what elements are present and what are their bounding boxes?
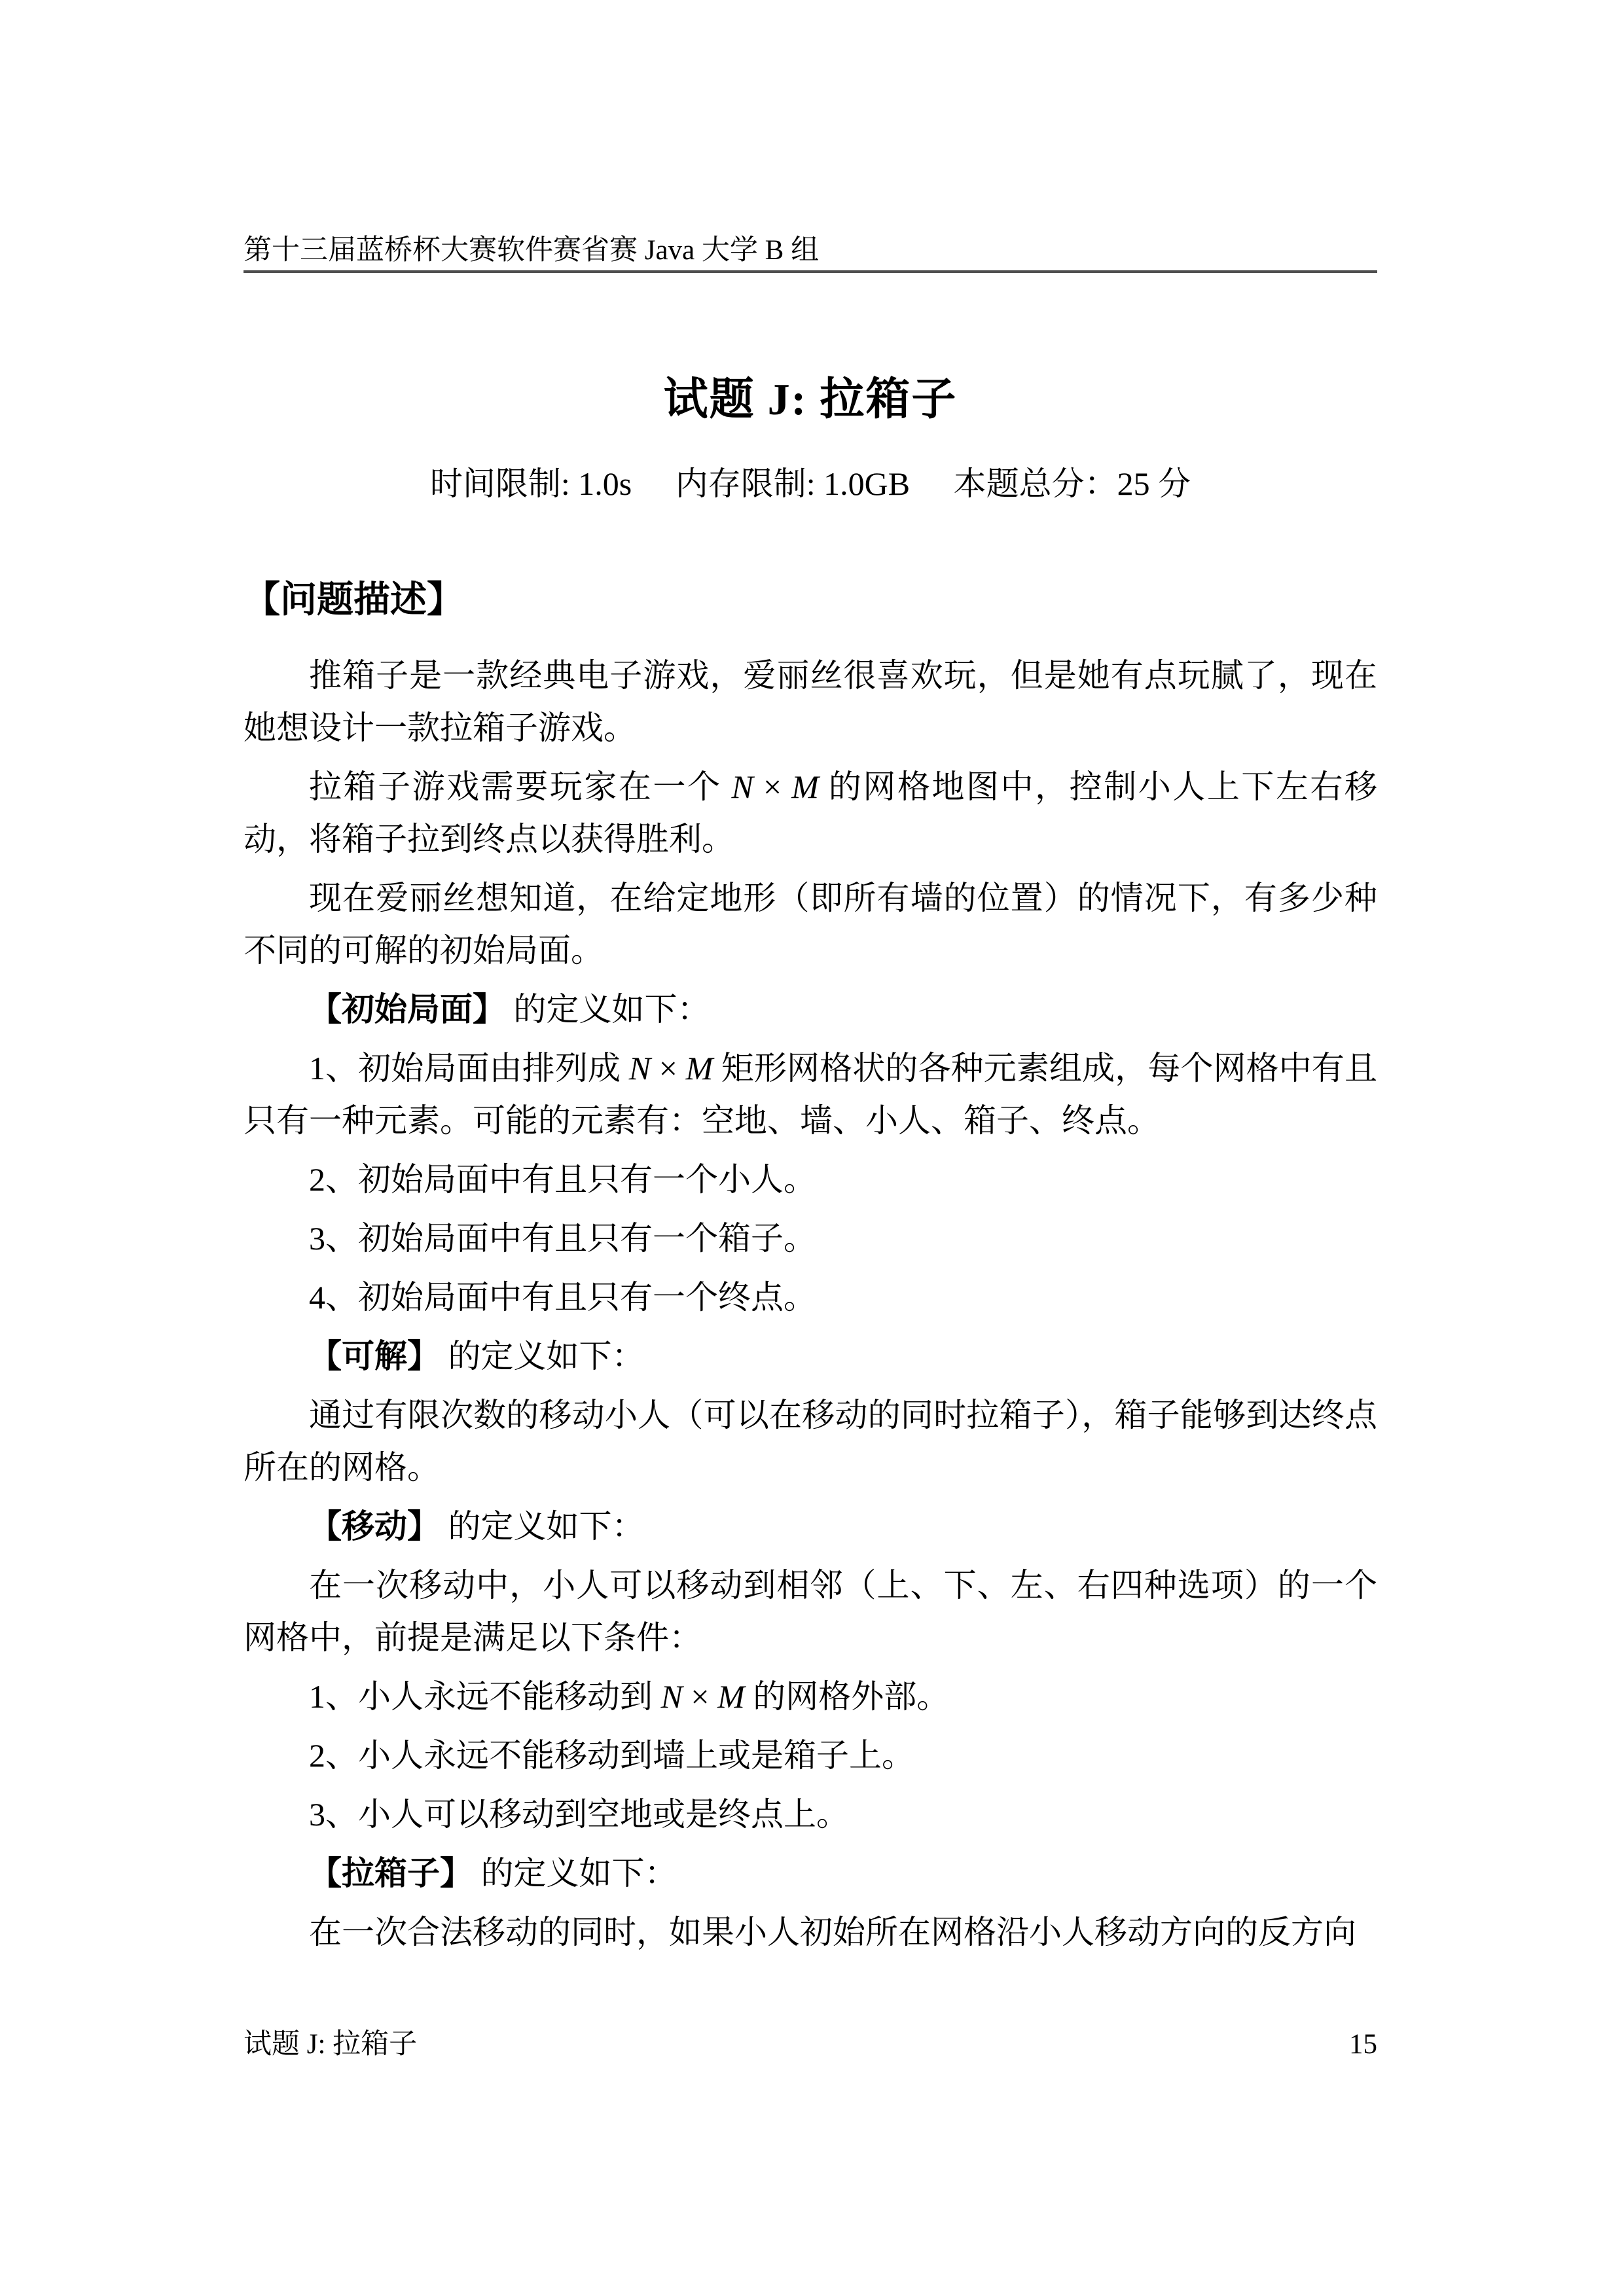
footer-title: 试题 J: 拉箱子 <box>244 2030 417 2058</box>
page-header: 第十三届蓝桥杯大赛软件赛省赛 Java 大学 B 组 <box>244 236 1377 273</box>
text-run: 现在爱丽丝想知道，在给定地形（即所有墙的位置）的情况下，有多少种不同的可解的初始… <box>244 880 1377 969</box>
time-limit: 时间限制: 1.0s <box>430 465 632 502</box>
math-variable: N <box>661 1678 683 1715</box>
text-run: 的定义如下： <box>440 1508 645 1545</box>
inline-definition-heading: 【可解】 <box>309 1338 440 1374</box>
section-heading-problem-description: 【问题描述】 <box>244 581 463 618</box>
paragraph: 在一次移动中，小人可以移动到相邻（上、下、左、右四种选项）的一个网格中，前提是满… <box>244 1559 1377 1664</box>
list-item: 1、小人永远不能移动到 N × M 的网格外部。 <box>244 1670 1377 1723</box>
paragraph: 在一次合法移动的同时，如果小人初始所在网格沿小人移动方向的反方向 <box>244 1906 1377 1958</box>
definition-heading-paragraph: 【可解】 的定义如下： <box>244 1330 1377 1382</box>
math-variable: M <box>717 1678 745 1715</box>
text-run: 3、初始局面中有且只有一个箱子。 <box>309 1220 816 1257</box>
text-run: × <box>651 1050 685 1086</box>
inline-definition-heading: 【移动】 <box>309 1508 440 1545</box>
definition-heading-paragraph: 【初始局面】 的定义如下： <box>244 983 1377 1035</box>
problem-body: 推箱子是一款经典电子游戏，爱丽丝很喜欢玩，但是她有点玩腻了，现在她想设计一款拉箱… <box>244 649 1377 1965</box>
text-run: 在一次移动中，小人可以移动到相邻（上、下、左、右四种选项）的一个网格中，前提是满… <box>244 1567 1377 1656</box>
limits-line: 时间限制: 1.0s 内存限制: 1.0GB 本题总分：25 分 <box>244 467 1377 500</box>
list-item: 1、初始局面由排列成 N × M 矩形网格状的各种元素组成，每个网格中有且只有一… <box>244 1042 1377 1147</box>
inline-definition-heading: 【初始局面】 <box>309 991 505 1028</box>
paragraph: 现在爱丽丝想知道，在给定地形（即所有墙的位置）的情况下，有多少种不同的可解的初始… <box>244 872 1377 977</box>
page-footer: 试题 J: 拉箱子 15 <box>244 2030 1377 2058</box>
memory-limit: 内存限制: 1.0GB <box>676 465 910 502</box>
text-run: 1、小人永远不能移动到 <box>309 1678 661 1715</box>
text-run: 的定义如下： <box>505 991 710 1028</box>
document-page: 第十三届蓝桥杯大赛软件赛省赛 Java 大学 B 组 试题 J: 拉箱子 时间限… <box>0 0 1624 2296</box>
text-run: × <box>753 768 791 805</box>
page-number: 15 <box>1349 2030 1377 2058</box>
total-score: 本题总分：25 分 <box>954 465 1191 502</box>
text-run: 2、初始局面中有且只有一个小人。 <box>309 1161 816 1198</box>
list-item: 2、初始局面中有且只有一个小人。 <box>244 1153 1377 1206</box>
text-run: 1、初始局面由排列成 <box>309 1050 629 1086</box>
list-item: 3、初始局面中有且只有一个箱子。 <box>244 1212 1377 1265</box>
paragraph: 推箱子是一款经典电子游戏，爱丽丝很喜欢玩，但是她有点玩腻了，现在她想设计一款拉箱… <box>244 649 1377 754</box>
page-title: 试题 J: 拉箱子 <box>244 377 1377 422</box>
text-run: 推箱子是一款经典电子游戏，爱丽丝很喜欢玩，但是她有点玩腻了，现在她想设计一款拉箱… <box>244 657 1377 746</box>
text-run: 4、初始局面中有且只有一个终点。 <box>309 1279 816 1316</box>
math-variable: M <box>791 768 819 805</box>
inline-definition-heading: 【拉箱子】 <box>309 1855 473 1892</box>
text-run: 拉箱子游戏需要玩家在一个 <box>309 768 732 805</box>
list-item: 3、小人可以移动到空地或是终点上。 <box>244 1788 1377 1840</box>
list-item: 2、小人永远不能移动到墙上或是箱子上。 <box>244 1729 1377 1782</box>
definition-heading-paragraph: 【拉箱子】 的定义如下： <box>244 1847 1377 1899</box>
paragraph: 通过有限次数的移动小人（可以在移动的同时拉箱子），箱子能够到达终点所在的网格。 <box>244 1389 1377 1494</box>
header-text: 第十三届蓝桥杯大赛软件赛省赛 Java 大学 B 组 <box>244 235 819 266</box>
text-run: 的定义如下： <box>473 1855 677 1892</box>
definition-heading-paragraph: 【移动】 的定义如下： <box>244 1500 1377 1552</box>
text-run: 3、小人可以移动到空地或是终点上。 <box>309 1796 849 1833</box>
math-variable: N <box>732 768 753 805</box>
paragraph: 拉箱子游戏需要玩家在一个 N × M 的网格地图中，控制小人上下左右移动，将箱子… <box>244 761 1377 865</box>
text-run: 的网格外部。 <box>745 1678 950 1715</box>
text-run: 的定义如下： <box>440 1338 645 1374</box>
text-run: × <box>683 1678 717 1715</box>
list-item: 4、初始局面中有且只有一个终点。 <box>244 1271 1377 1323</box>
text-run: 2、小人永远不能移动到墙上或是箱子上。 <box>309 1737 914 1774</box>
math-variable: M <box>686 1050 713 1086</box>
text-run: 通过有限次数的移动小人（可以在移动的同时拉箱子），箱子能够到达终点所在的网格。 <box>244 1397 1377 1486</box>
math-variable: N <box>629 1050 651 1086</box>
text-run: 在一次合法移动的同时，如果小人初始所在网格沿小人移动方向的反方向 <box>309 1914 1356 1950</box>
